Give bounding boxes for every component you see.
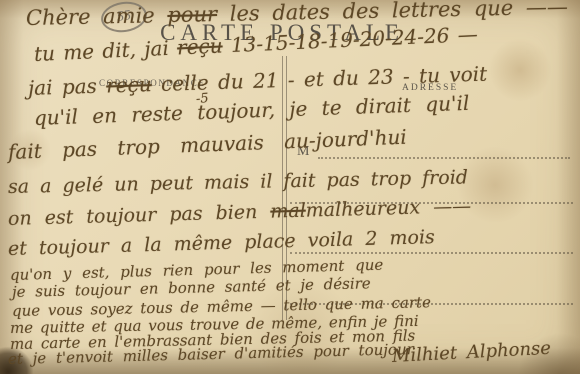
signature: Milhiet Alphonse xyxy=(391,338,551,367)
hw-text: jai pas xyxy=(28,74,107,100)
hw-struck-text: reçu xyxy=(177,33,224,59)
hw-text: malheureux —— xyxy=(305,195,471,222)
hw-text: on est toujour pas bien xyxy=(8,201,271,230)
hw-text: sa a gelé un peut mais il fait pas trop … xyxy=(8,166,468,198)
hw-text: tu me dit, jai xyxy=(33,36,177,66)
handwriting-line: sa a gelé un peut mais il fait pas trop … xyxy=(8,166,468,198)
hw-text: Chère amie xyxy=(26,3,168,30)
handwriting-line: on est toujour pas bien malmalheureux —— xyxy=(8,195,472,230)
address-ruled-line xyxy=(290,251,573,254)
hw-struck-text: reçu xyxy=(106,72,152,97)
hw-text: les dates des lettres que —— xyxy=(217,0,568,26)
hw-struck-text: pour xyxy=(167,2,217,27)
address-ruled-line xyxy=(318,156,570,159)
hw-struck-text: mal xyxy=(270,200,306,223)
postcard-back: CARTE POSTALE CORRESPONDANCE ADRESSE M 5… xyxy=(0,0,580,374)
